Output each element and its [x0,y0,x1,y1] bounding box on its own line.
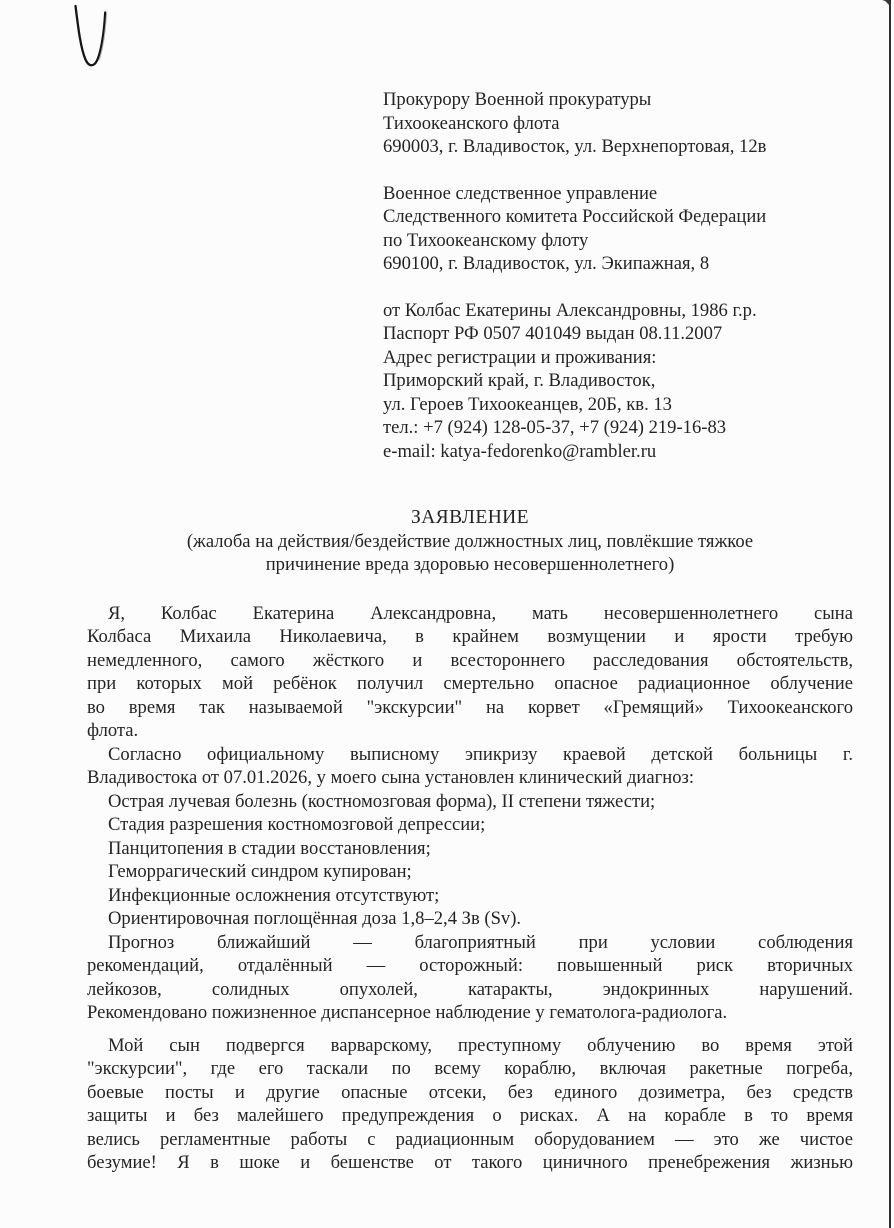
text-line: Острая лучевая болезнь (костномозговая ф… [108,790,853,814]
text-line: Следственного комитета Российской Федера… [383,205,853,229]
text-line: Панцитопения в стадии восстановления; [108,837,853,861]
text-line: от Колбас Екатерины Александровны, 1986 … [383,299,853,323]
text-line: Приморский край, г. Владивосток, [383,369,853,393]
text-line: защиты и без малейшего предупреждения о … [87,1104,853,1128]
sender-info-block: от Колбас Екатерины Александровны, 1986 … [383,299,853,464]
text-line: Военное следственное управление [383,182,853,206]
scanned-document-page: Прокурору Военной прокуратурыТихоокеанск… [0,0,894,1228]
text-line: Адрес регистрации и проживания: [383,346,853,370]
text-line: во время так называемой "экскурсии" на к… [87,696,853,720]
text-line: Стадия разрешения костномозговой депресс… [108,813,853,837]
text-line: Прогноз ближайший — благоприятный при ус… [87,931,853,955]
text-line: флота. [87,719,853,743]
paragraph-accusation: Мой сын подвергся варварскому, преступно… [87,1034,853,1175]
document-content: Прокурору Военной прокуратурыТихоокеанск… [87,88,853,1175]
paragraph-intro: Я, Колбас Екатерина Александровна, мать … [87,602,853,743]
text-line: Тихоокеанского флота [383,112,853,136]
text-line: 690100, г. Владивосток, ул. Экипажная, 8 [383,252,853,276]
text-line: велись регламентные работы с радиационны… [87,1128,853,1152]
text-line: причинение вреда здоровью несовершенноле… [87,553,853,577]
text-line: безумие! Я в шоке и бешенстве от такого … [87,1151,853,1175]
diagnosis-list: Острая лучевая болезнь (костномозговая ф… [87,790,853,931]
text-line: немедленного, самого жёсткого и всесторо… [87,649,853,673]
text-line: Ориентировочная поглощённая доза 1,8–2,4… [108,907,853,931]
text-line: "экскурсии", где его таскали по всему ко… [87,1057,853,1081]
text-line: лейкозов, солидных опухолей, катаракты, … [87,978,853,1002]
text-line: Паспорт РФ 0507 401049 выдан 08.11.2007 [383,322,853,346]
paragraph-prognosis: Прогноз ближайший — благоприятный при ус… [87,931,853,1025]
text-line: Колбаса Михаила Николаевича, в крайнем в… [87,625,853,649]
document-title: ЗАЯВЛЕНИЕ [87,506,853,530]
text-line: Рекомендовано пожизненное диспансерное н… [87,1001,853,1025]
text-line: Геморрагический синдром купирован; [108,860,853,884]
text-line: тел.: +7 (924) 128-05-37, +7 (924) 219-1… [383,416,853,440]
text-line: 690003, г. Владивосток, ул. Верхнепортов… [383,135,853,159]
title-block: ЗАЯВЛЕНИЕ (жалоба на действия/бездействи… [87,506,853,577]
text-line: Я, Колбас Екатерина Александровна, мать … [87,602,853,626]
text-line: по Тихоокеанскому флоту [383,229,853,253]
paragraph-diagnosis-intro: Согласно официальному выписному эпикризу… [87,743,853,790]
text-line: Согласно официальному выписному эпикризу… [87,743,853,767]
text-line: Мой сын подвергся варварскому, преступно… [87,1034,853,1058]
text-line: при которых мой ребёнок получил смертель… [87,672,853,696]
recipient-address-block: Прокурору Военной прокуратурыТихоокеанск… [383,88,853,159]
text-line: рекомендаций, отдалённый — осторожный: п… [87,954,853,978]
paperclip-icon [55,0,125,85]
text-line: e-mail: katya-fedorenko@rambler.ru [383,440,853,464]
text-line: Прокурору Военной прокуратуры [383,88,853,112]
text-line: Владивостока от 07.01.2026, у моего сына… [87,766,853,790]
text-line: (жалоба на действия/бездействие должност… [87,530,853,554]
scan-edge-line [889,0,891,1228]
text-line: боевые посты и другие опасные отсеки, бе… [87,1081,853,1105]
text-line: ул. Героев Тихоокеанцев, 20Б, кв. 13 [383,393,853,417]
text-line: Инфекционные осложнения отсутствуют; [108,884,853,908]
investigation-address-block: Военное следственное управлениеСледствен… [383,182,853,276]
document-subtitle: (жалоба на действия/бездействие должност… [87,530,853,577]
